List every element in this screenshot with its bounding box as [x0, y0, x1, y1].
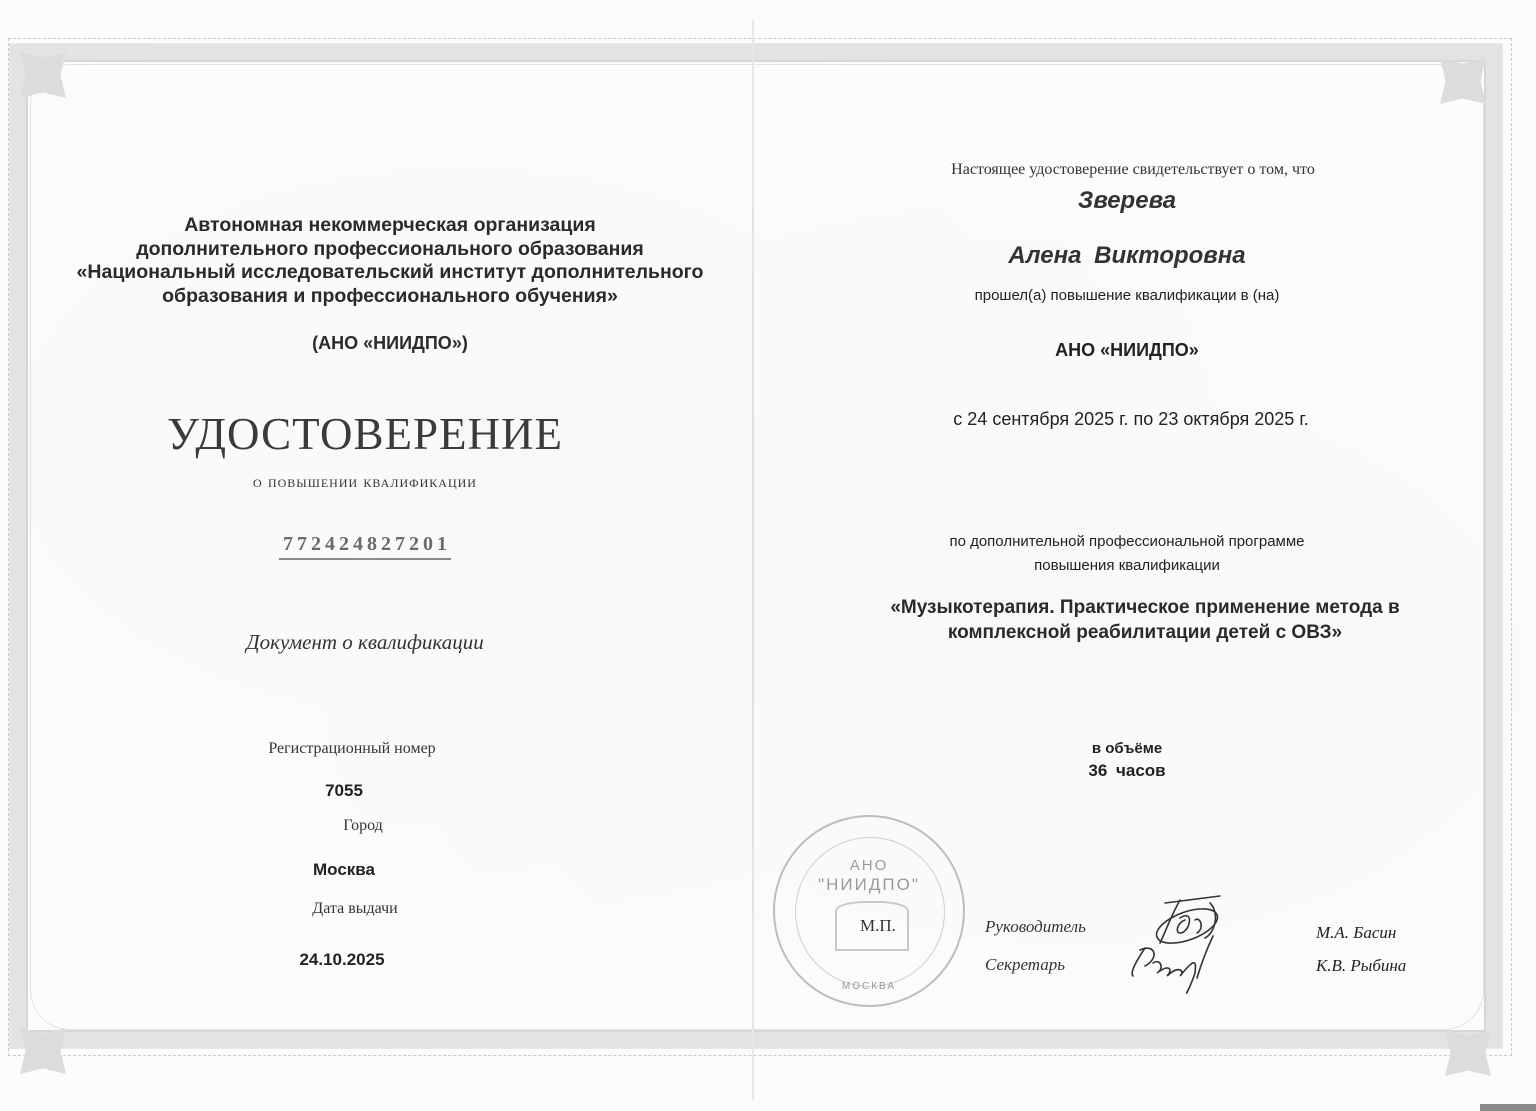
document-title: УДОСТОВЕРЕНИЕ — [15, 408, 715, 460]
secretary-role-label: Секретарь — [985, 955, 1065, 975]
volume-label: в объёме — [762, 740, 1492, 757]
page-fold — [752, 20, 754, 1100]
issue-date-label: Дата выдачи — [5, 900, 705, 918]
training-organization: АНО «НИИДПО» — [762, 340, 1492, 361]
org-line: Автономная некоммерческая организация — [40, 214, 740, 238]
secretary-name: К.В. Рыбина — [1316, 956, 1406, 976]
org-line: дополнительного профессионального образо… — [40, 238, 740, 262]
city-value: Москва — [0, 860, 694, 880]
registration-number: 7055 — [0, 781, 694, 801]
program-name: «Музыкотерапия. Практическое применение … — [780, 595, 1510, 645]
passed-text: прошел(а) повышение квалификации в (на) — [762, 287, 1492, 304]
head-role-label: Руководитель — [985, 917, 1086, 937]
program-name-line: комплексной реабилитации детей с ОВЗ» — [780, 620, 1510, 645]
right-page: Настоящее удостоверение свидетельствует … — [770, 0, 1500, 1111]
city-label: Город — [13, 817, 713, 835]
document-number-block: 772424827201 — [15, 533, 715, 560]
seal-stamp-icon: АНО "НИИДПО" МОСКВА — [773, 815, 965, 1007]
seal-text: "НИИДПО" — [775, 875, 963, 895]
holder-surname: Зверева — [762, 187, 1492, 215]
holder-given-names: Алена Викторовна — [762, 242, 1492, 270]
organization-full-name: Автономная некоммерческая организация до… — [40, 214, 740, 308]
training-period: с 24 сентября 2025 г. по 23 октября 2025… — [766, 409, 1496, 430]
document-number: 772424827201 — [279, 533, 451, 560]
program-caption-line-2: повышения квалификации — [762, 557, 1492, 574]
program-name-line: «Музыкотерапия. Практическое применение … — [780, 595, 1510, 620]
issue-date: 24.10.2025 — [0, 950, 692, 970]
intro-text: Настоящее удостоверение свидетельствует … — [768, 161, 1498, 179]
left-page: Автономная некоммерческая организация до… — [40, 0, 740, 1111]
certificate-sheet: Автономная некоммерческая организация до… — [0, 0, 1536, 1111]
org-line: образования и профессионального обучения… — [40, 285, 740, 309]
seal-city: МОСКВА — [775, 981, 963, 992]
volume-hours: 36 часов — [762, 761, 1492, 781]
org-line: «Национальный исследовательский институт… — [40, 261, 740, 285]
registration-label: Регистрационный номер — [2, 740, 702, 758]
stamp-place-label: М.П. — [860, 916, 896, 936]
head-name: М.А. Басин — [1316, 923, 1396, 943]
seal-text: АНО — [775, 857, 963, 874]
organization-short-name: (АНО «НИИДПО») — [40, 333, 740, 354]
document-subtitle: о повышении квалификации — [15, 472, 715, 492]
signature-icon — [1125, 888, 1255, 998]
document-kind: Документ о квалификации — [15, 630, 715, 655]
program-caption-line-1: по дополнительной профессиональной прогр… — [762, 533, 1492, 550]
